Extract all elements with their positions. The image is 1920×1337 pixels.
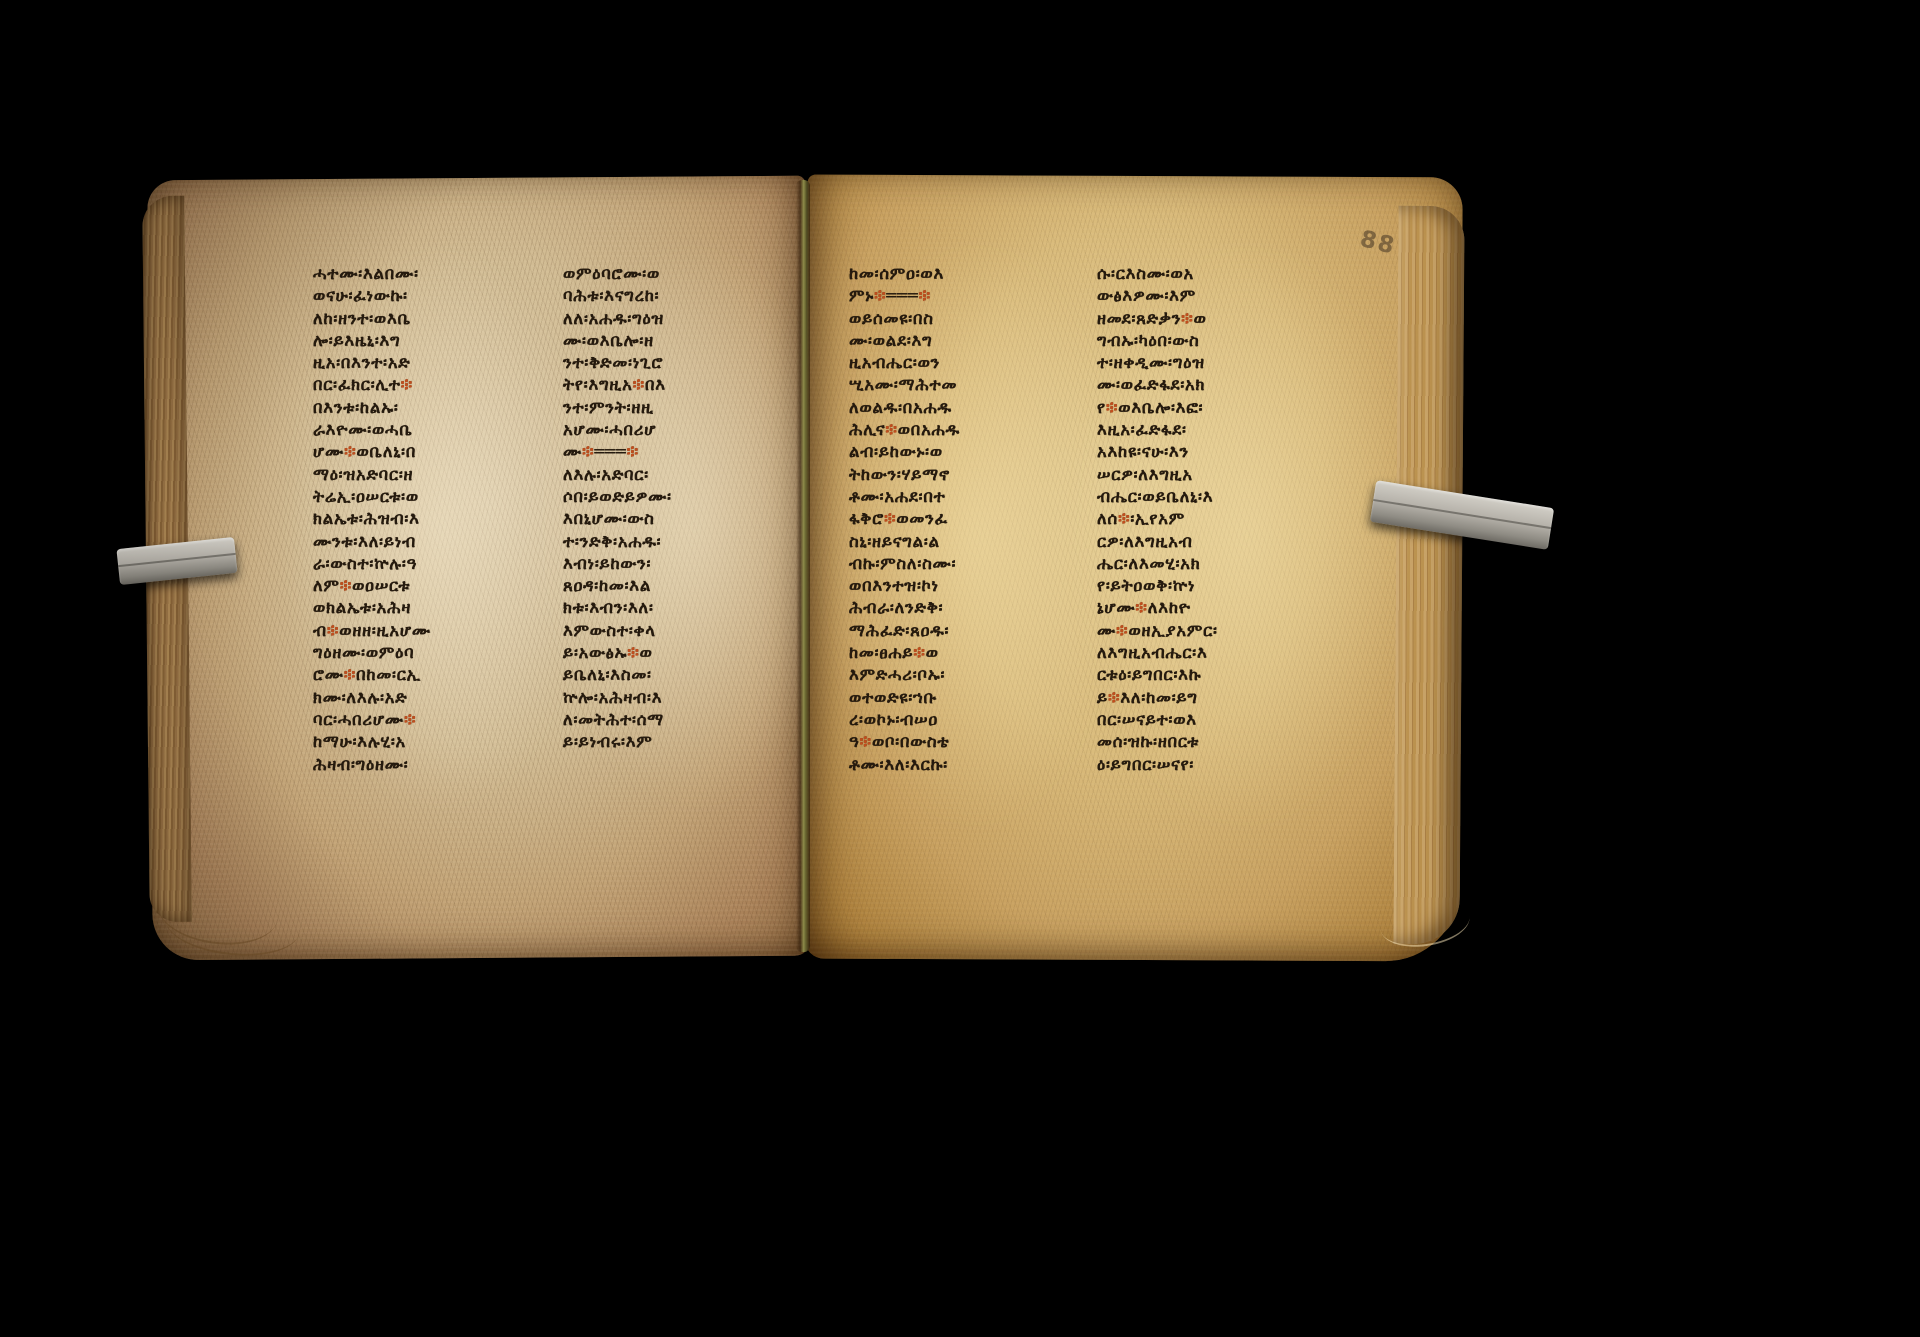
manuscript-text-line: ሎ፡ይእዜኒ፡እግ — [313, 330, 541, 352]
manuscript-text-line: ወምዕባሮሙ፡ወ — [563, 263, 803, 285]
manuscript-text-line: ዕ፡ይግበር፡ሠናየ፡ — [1097, 754, 1393, 776]
manuscript-text-line: ከመ፡ፀሐይ፨ወ — [849, 642, 1097, 664]
manuscript-text-line: መሰ፡ዝኩ፡ዘበርቱ — [1097, 731, 1393, 753]
manuscript-text-line: ለእግዚአብሔር፡እ — [1097, 642, 1393, 664]
manuscript-text-line: ስኒ፡ዘይናግል፡ል — [849, 531, 1097, 553]
manuscript-text-line: ለእሉ፡አድባር፡ — [563, 464, 803, 486]
manuscript-text-line: ትየ፡እግዚአ፨በእ — [563, 374, 803, 396]
manuscript-text-line: ሔር፡ለእመሂ፡አክ — [1097, 553, 1393, 575]
manuscript-text-line: ክቱ፡እብን፡እለ፡ — [563, 597, 803, 619]
manuscript-text-line: ዚአብሔር፡ወን — [849, 352, 1097, 374]
manuscript-text-line: ወናሁ፡ፈነውኩ፡ — [313, 285, 541, 307]
manuscript-text-line: ሕብራ፡ለንድቅ፡ — [849, 597, 1097, 619]
manuscript-text-line: ውፅእዎሙ፡እም — [1097, 285, 1393, 307]
manuscript-text-line: ኵሎ፡አሕዛብ፡እ — [563, 687, 803, 709]
manuscript-text-line: ክሙ፡ለእሉ፡አድ — [313, 687, 541, 709]
manuscript-text-line: ተ፡ዘቀዲሙ፡ግዕዝ — [1097, 352, 1393, 374]
left-page-text-column-2: ወምዕባሮሙ፡ወባሕቱ፡እናግረከ፡ለለ፡አሐዱ፡ግዕዝሙ፡ወእቤሎ፡ዘንተ፡ቅ… — [563, 263, 803, 754]
manuscript-text-line: ርቱዕ፡ይግበር፡እኩ — [1097, 664, 1393, 686]
manuscript-text-line: ሙ፨ወዘኢያአምር፡ — [1097, 620, 1393, 642]
manuscript-text-line: የ፡ይትዐወቅ፡ኵነ — [1097, 575, 1393, 597]
manuscript-text-line: ዓ፨ወቦ፡በውስቴ — [849, 731, 1097, 753]
manuscript-text-line: ቶሙ፡አሐደ፡በተ — [849, 486, 1097, 508]
manuscript-text-line: ሕሊና፨ወበአሐዱ — [849, 419, 1097, 441]
manuscript-text-line: ብ፨ወዘዘ፡ዚአሆሙ — [313, 620, 541, 642]
manuscript-text-line: ለለ፡አሐዱ፡ግዕዝ — [563, 308, 803, 330]
manuscript-text-line: ረ፡ወኮኑ፡ብሠዐ — [849, 709, 1097, 731]
manuscript-text-line: ሙ፡ወልደ፡እግ — [849, 330, 1097, 352]
manuscript-text-line: ልብ፡ይከውኑ፡ወ — [849, 441, 1097, 463]
manuscript-text-line: ለሰ፨፡ኢየአም — [1097, 508, 1393, 530]
manuscript-text-line: አሆሙ፡ሓበሪሆ — [563, 419, 803, 441]
manuscript-text-line: ለወልዱ፡በአሐዱ — [849, 397, 1097, 419]
manuscript-text-line: ብኩ፡ምስለ፡ስሙ፡ — [849, 553, 1097, 575]
manuscript-text-line: ብሔር፡ወይቤለኒ፡እ — [1097, 486, 1393, 508]
right-page-text-column-1: ከመ፡ሰምዐ፡ወእምኑ፨═══፨ወይሰመዩ፡በስሙ፡ወልደ፡እግዚአብሔር፡ወን… — [849, 263, 1097, 776]
manuscript-text-line: ይ፡አውፅኡ፨ወ — [563, 642, 803, 664]
manuscript-text-line: ይቤለኒ፡እስመ፡ — [563, 664, 803, 686]
manuscript-text-line: በር፡ሠናይተ፡ወእ — [1097, 709, 1393, 731]
manuscript-text-line: ምኑ፨═══፨ — [849, 285, 1097, 307]
manuscript-text-line: ንተ፡ቅድመ፡ነጊሮ — [563, 352, 803, 374]
manuscript-text-line: ቶሙ፡እለ፡እርኩ፡ — [849, 754, 1097, 776]
manuscript-text-line: ማሕፈድ፡ጸዐዱ፡ — [849, 620, 1097, 642]
manuscript-text-line: ወክልኤቱ፡አሕዛ — [313, 597, 541, 619]
manuscript-text-line: ሙ፡ወእቤሎ፡ዘ — [563, 330, 803, 352]
manuscript-text-line: ሙንቱ፡እለ፡ይነብ — [313, 531, 541, 553]
page-stack-edge-right — [1393, 206, 1464, 944]
manuscript-text-line: የ፨ወእቤሎ፡እፎ፡ — [1097, 397, 1393, 419]
manuscript-text-line: ራ፡ውስተ፡ኵሉ፡ዓ — [313, 553, 541, 575]
manuscript-text-line: ለ፡መትሕተ፡ሰማ — [563, 709, 803, 731]
manuscript-text-line: ትከውን፡ሃይማኖ — [849, 464, 1097, 486]
manuscript-text-line: ወተወድዩ፡ኀቡ — [849, 687, 1097, 709]
manuscript-text-line: ዘመደ፡ጸድቃን፨ወ — [1097, 308, 1393, 330]
manuscript-text-line: ርዎ፡ለእግዚአብ — [1097, 531, 1393, 553]
manuscript-text-line: ሕዛብ፡ግዕዘሙ፡ — [313, 754, 541, 776]
manuscript-text-line: በእንቱ፡ከልኡ፡ — [313, 397, 541, 419]
manuscript-text-line: ግብኡ፡ካዕበ፡ውስ — [1097, 330, 1393, 352]
manuscript-text-line: እብነ፡ይከውን፡ — [563, 553, 803, 575]
manuscript-text-line: ባር፡ሓበሪሆሙ፨ — [313, 709, 541, 731]
manuscript-text-line: እምድሓሪ፡ቦኡ፡ — [849, 664, 1097, 686]
manuscript-text-line: ትሬኢ፡ዐሠርቱ፡ወ — [313, 486, 541, 508]
manuscript-text-line: በር፡ፈክር፡ሊተ፨ — [313, 374, 541, 396]
manuscript-text-line: ራእዮሙ፡ወሓቤ — [313, 419, 541, 441]
manuscript-text-line: ሶበ፡ይወድይዎሙ፡ — [563, 486, 803, 508]
manuscript-text-line: ግዕዘሙ፡ወምዕባ — [313, 642, 541, 664]
manuscript-text-line: ሓተሙ፡እልበሙ፡ — [313, 263, 541, 285]
manuscript-text-line: ንተ፡ምንት፡ዘዚ — [563, 397, 803, 419]
manuscript-text-line: ሢአሙ፡ማሕተመ — [849, 374, 1097, 396]
manuscript-text-line: ኔሆሙ፨ለእከዮ — [1097, 597, 1393, 619]
manuscript-text-line: ወይሰመዩ፡በስ — [849, 308, 1097, 330]
manuscript-text-line: ለም፨ወዐሠርቱ — [313, 575, 541, 597]
manuscript-text-line: አእከዩ፡ናሁ፡እን — [1097, 441, 1393, 463]
manuscript-text-line: እምውስተ፡ቀላ — [563, 620, 803, 642]
manuscript-text-line: ሮሙ፨በከመ፡ርኢ — [313, 664, 541, 686]
manuscript-text-line: ተ፡ንድቅ፡አሐዱ፡ — [563, 531, 803, 553]
right-page-text-column-2: ሱ፡ርእስሙ፡ወአውፅእዎሙ፡እምዘመደ፡ጸድቃን፨ወግብኡ፡ካዕበ፡ውስተ፡ዘ… — [1097, 263, 1393, 776]
manuscript-text-line: ሙ፡ወፈድፋደ፡አክ — [1097, 374, 1393, 396]
manuscript-text-line: ሆሙ፨ወቤለኒ፡በ — [313, 441, 541, 463]
manuscript-text-line: ሠርዎ፡ለእግዚአ — [1097, 464, 1393, 486]
manuscript-text-line: ሱ፡ርእስሙ፡ወአ — [1097, 263, 1393, 285]
left-page-text-column-1: ሓተሙ፡እልበሙ፡ወናሁ፡ፈነውኩ፡ለከ፡ዘንተ፡ወእቤሎ፡ይእዜኒ፡እግዚአ፡… — [313, 263, 541, 776]
manuscript-text-line: ዚአ፡በእንተ፡አድ — [313, 352, 541, 374]
manuscript-photo: ሓተሙ፡እልበሙ፡ወናሁ፡ፈነውኩ፡ለከ፡ዘንተ፡ወእቤሎ፡ይእዜኒ፡እግዚአ፡… — [0, 0, 1920, 1337]
manuscript-text-line: ጸዐዳ፡ከመ፡እል — [563, 575, 803, 597]
manuscript-text-line: ማዕ፡ዝአድባር፡ዘ — [313, 464, 541, 486]
manuscript-text-line: ይ፡ይነብሩ፡እም — [563, 731, 803, 753]
manuscript-text-line: ከማሁ፡እሉሂ፡አ — [313, 731, 541, 753]
manuscript-text-line: ሙ፨═══፨ — [563, 441, 803, 463]
manuscript-text-line: እዚአ፡ፈድፋደ፡ — [1097, 419, 1393, 441]
manuscript-text-line: ባሕቱ፡እናግረከ፡ — [563, 285, 803, 307]
manuscript-text-line: እበኒሆሙ፡ውስ — [563, 508, 803, 530]
manuscript-text-line: ከመ፡ሰምዐ፡ወእ — [849, 263, 1097, 285]
manuscript-text-line: ወበእንተዝ፡ኮነ — [849, 575, 1097, 597]
manuscript-text-line: ክልኤቱ፡ሕዝብ፡እ — [313, 508, 541, 530]
manuscript-text-line: ይ፨እለ፡ከመ፡ይግ — [1097, 687, 1393, 709]
manuscript-text-line: ለከ፡ዘንተ፡ወእቤ — [313, 308, 541, 330]
manuscript-text-line: ፋቅሮ፨ወመንፈ — [849, 508, 1097, 530]
